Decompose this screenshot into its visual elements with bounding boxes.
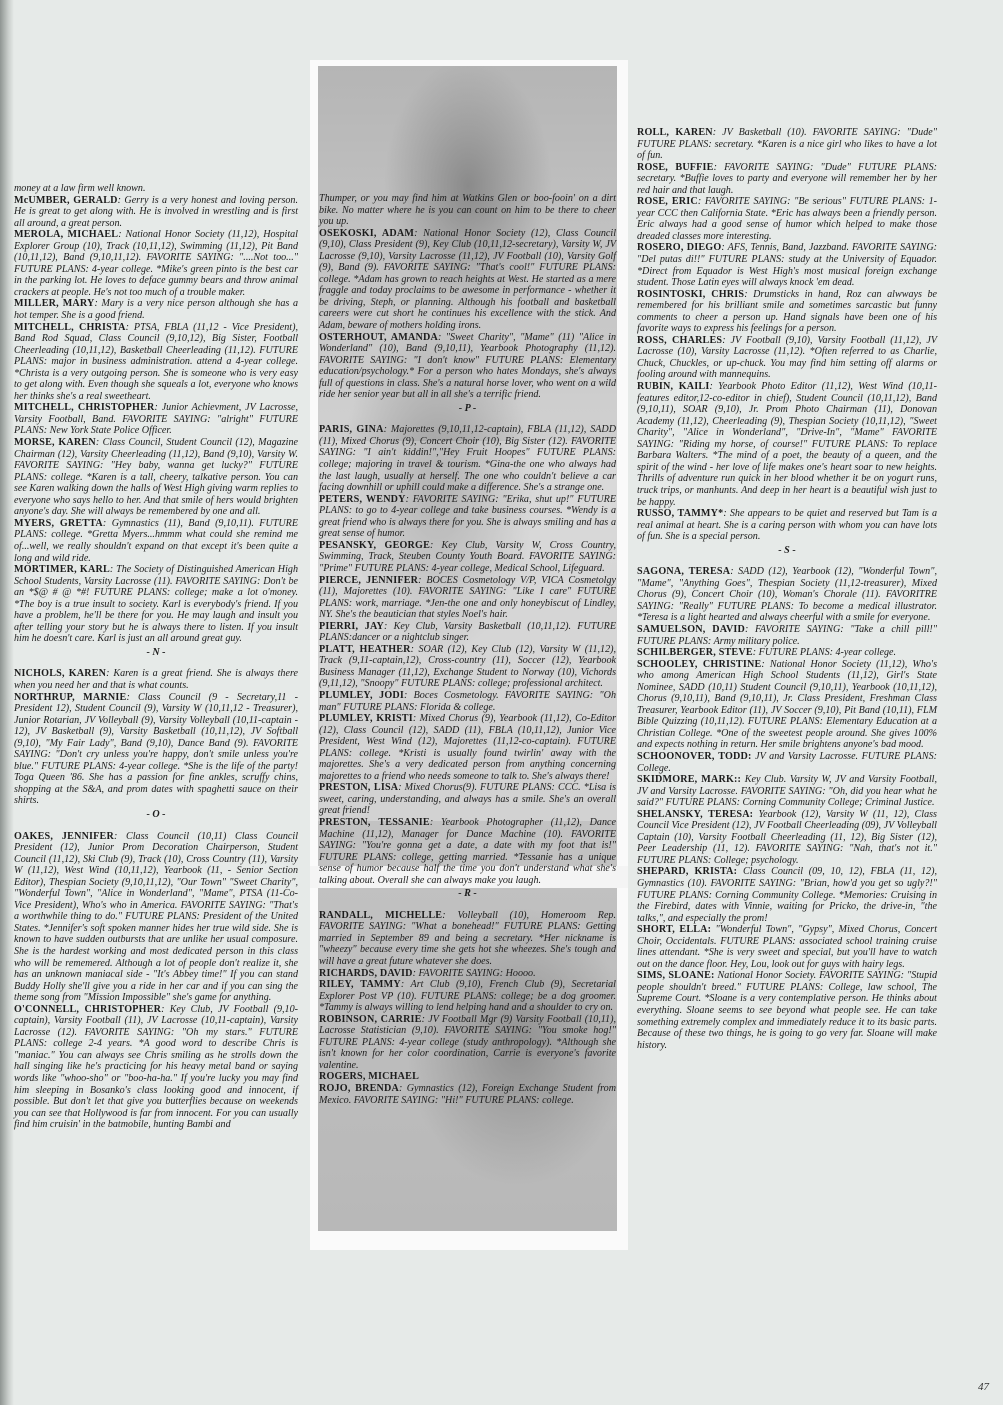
senior-entry: MILLER, MARY: Mary is a very nice person… [14,298,298,321]
senior-entry: ROSS, CHARLES: JV Football (9,10), Varsi… [637,335,937,381]
senior-bio: : Yearbook Photo Editor (11,12), West Wi… [637,381,937,507]
senior-name: NICHOLS, KAREN [14,668,106,679]
senior-name: RILEY, TAMMY [319,979,401,990]
senior-name: SKIDMORE, MARK:: [637,774,741,785]
senior-name: NORTHRUP, MARNIE [14,692,126,703]
senior-name: PIERRI, JAY [319,621,384,632]
senior-bio: : The Society of Distinguished American … [14,564,298,644]
page-number: 47 [978,1381,989,1393]
senior-bio: : Class Council (9 - Secretary,11 - Pres… [14,692,298,807]
page-gutter-shadow [0,0,14,1405]
senior-bio: : FAVORITE SAYING: Hoooo. [413,968,536,979]
entries-m: McUMBER, GERALD: Gerry is a very honest … [14,195,298,645]
senior-entry: MITCHELL, CHRISTOPHER: Junior Achievment… [14,402,298,437]
senior-entry: SCHOONOVER, TODD: JV and Varsity Lacross… [637,751,937,774]
entries-p: PARIS, GINA: Majorettes (9,10,11,12-capt… [319,424,616,886]
senior-name: MORSE, KAREN [14,437,96,448]
senior-name: ROBINSON, CARRIE [319,1014,422,1025]
senior-entry: MEROLA, MICHAEL: National Honor Society … [14,229,298,298]
senior-entry: SHEPARD, KRISTA: Class Council (09, 10, … [637,866,937,924]
senior-name: SCHOONOVER, TODD: [637,751,752,762]
senior-entry: O'CONNELL, CHRISTOPHER: Key Club, JV Foo… [14,1004,298,1131]
column-3: ROLL, KAREN: JV Basketball (10). FAVORIT… [637,127,937,1051]
senior-entry: NORTHRUP, MARNIE: Class Council (9 - Sec… [14,692,298,807]
senior-name: McUMBER, GERALD [14,195,118,206]
senior-entry: ROSINTOSKI, CHRIS: Drumsticks in hand, R… [637,289,937,335]
senior-entry: PESANSKY, GEORGE: Key Club, Varsity W, C… [319,540,616,575]
senior-name: MYERS, GRETTA [14,518,103,529]
senior-name: OSTERHOUT, AMANDA [319,332,438,343]
senior-name: PARIS, GINA [319,424,384,435]
continuation-text: Thumper, or you may find him at Watkins … [319,193,616,228]
senior-bio: : National Honor Society (11,12), Who's … [637,659,937,751]
senior-name: SIMS, SLOANE: [637,970,715,981]
senior-entry: PIERRI, JAY: Key Club, Varsity Basketbal… [319,621,616,644]
senior-name: MILLER, MARY [14,298,95,309]
senior-name: O'CONNELL, CHRISTOPHER [14,1004,161,1015]
senior-entry: SHORT, ELLA: "Wonderful Town", "Gypsy", … [637,924,937,970]
senior-entry: PLATT, HEATHER: SOAR (12), Key Club (12)… [319,644,616,690]
senior-entry: RILEY, TAMMY: Art Club (9,10), French Cl… [319,979,616,1014]
senior-name: PIERCE, JENNIFER [319,575,418,586]
senior-entry: MITCHELL, CHRISTA: PTSA, FBLA (11,12 - V… [14,322,298,403]
senior-entry: PETERS, WENDY: FAVORITE SAYING: "Erika, … [319,494,616,540]
section-heading-o: - O - [14,809,298,821]
senior-bio: : Class Council (10,11) Class Council Pr… [14,831,298,1004]
entries-o: OAKES, JENNIFER: Class Council (10,11) C… [14,831,298,1131]
senior-name: PRESTON, LISA [319,782,398,793]
senior-entry: MORTIMER, KARL: The Society of Distingui… [14,564,298,645]
senior-name: OSEKOSKI, ADAM [319,228,414,239]
senior-name: PESANSKY, GEORGE [319,540,430,551]
senior-bio: National Honor Society. FAVORITE SAYING:… [637,970,937,1050]
entries-o-continued: OSEKOSKI, ADAM: National Honor Society (… [319,228,616,401]
entries-r-continued: ROLL, KAREN: JV Basketball (10). FAVORIT… [637,127,937,543]
senior-name: PLATT, HEATHER [319,644,411,655]
senior-entry: ROSE, BUFFIE: FAVORITE SAYING: "Dude" FU… [637,162,937,197]
senior-entry: NICHOLS, KAREN: Karen is a great friend.… [14,668,298,691]
senior-name: SAMUELSON, DAVID [637,624,745,635]
senior-name: MORTIMER, KARL [14,564,110,575]
senior-bio: : PTSA, FBLA (11,12 - Vice President), B… [14,322,298,402]
senior-entry: MYERS, GRETTA: Gymnastics (11), Band (9,… [14,518,298,564]
senior-entry: OAKES, JENNIFER: Class Council (10,11) C… [14,831,298,1004]
senior-entry: McUMBER, GERALD: Gerry is a very honest … [14,195,298,230]
senior-entry: SCHILBERGER, STEVE: FUTURE PLANS: 4-year… [637,647,937,659]
senior-entry: OSTERHOUT, AMANDA: "Sweet Charity", "Mam… [319,332,616,401]
senior-name: SHEPARD, KRISTA: [637,866,737,877]
senior-name: MITCHELL, CHRISTA [14,322,126,333]
senior-name: SCHOOLEY, CHRISTINE [637,659,761,670]
senior-name: MEROLA, MICHAEL [14,229,118,240]
senior-entry: ROSE, ERIC: FAVORITE SAYING: "Be serious… [637,196,937,242]
senior-bio: : Class Council, Student Council (12), M… [14,437,298,517]
senior-entry: MORSE, KAREN: Class Council, Student Cou… [14,437,298,518]
senior-name: ROSE, BUFFIE [637,162,714,173]
senior-entry: RICHARDS, DAVID: FAVORITE SAYING: Hoooo. [319,968,616,980]
senior-entry: PARIS, GINA: Majorettes (9,10,11,12-capt… [319,424,616,493]
section-heading-n: - N - [14,647,298,659]
senior-entry: ROLL, KAREN: JV Basketball (10). FAVORIT… [637,127,937,162]
entries-s: SAGONA, TERESA: SADD (12), Yearbook (12)… [637,566,937,1051]
senior-name: SAGONA, TERESA [637,566,730,577]
senior-entry: RANDALL, MICHELLE: Volleyball (10), Home… [319,910,616,968]
senior-name: RUBIN, KAILI [637,381,710,392]
senior-name: PLUMLEY, KRISTI [319,713,413,724]
senior-entry: SCHOOLEY, CHRISTINE: National Honor Soci… [637,659,937,751]
senior-name: OAKES, JENNIFER [14,831,114,842]
senior-entry: RUBIN, KAILI: Yearbook Photo Editor (11,… [637,381,937,508]
entries-n: NICHOLS, KAREN: Karen is a great friend.… [14,668,298,807]
senior-name: RANDALL, MICHELLE [319,910,442,921]
senior-name: SHELANSKY, TERESA: [637,809,753,820]
section-heading-s: - S - [637,545,937,557]
senior-entry: SHELANSKY, TERESA: Yearbook (12), Varsit… [637,809,937,867]
senior-name: ROJO, BRENDA [319,1083,399,1094]
senior-name: PRESTON, TESSANIE [319,817,430,828]
senior-name: PLUMLEY, JODI [319,690,404,701]
column-1: money at a law firm well known. McUMBER,… [14,183,298,1131]
continuation-text: money at a law firm well known. [14,183,298,195]
senior-entry: SIMS, SLOANE: National Honor Society. FA… [637,970,937,1051]
senior-name: RUSSO, TAMMY* [637,508,723,519]
senior-entry: SKIDMORE, MARK:: Key Club. Varsity W, JV… [637,774,937,809]
section-heading-p: - P - [319,403,616,415]
senior-bio: : National Honor Society (12), Class Cou… [319,228,616,331]
senior-entry: ROJO, BRENDA: Gymnastics (12), Foreign E… [319,1083,616,1106]
senior-entry: PIERCE, JENNIFER: BOCES Cosmetology V/P,… [319,575,616,621]
senior-entry: ROBINSON, CARRIE: JV Football Mgr (9) Va… [319,1014,616,1072]
section-heading-r: - R - [319,888,616,900]
senior-entry: RUSSO, TAMMY*: She appears to be quiet a… [637,508,937,543]
senior-name: RICHARDS, DAVID [319,968,413,979]
senior-bio: : Key Club, JV Football (9,10-captain), … [14,1004,298,1130]
column-2: Thumper, or you may find him at Watkins … [319,193,616,1106]
senior-entry: SAMUELSON, DAVID: FAVORITE SAYING: "Take… [637,624,937,647]
senior-name: ROSE, ERIC [637,196,698,207]
senior-name: ROLL, KAREN [637,127,713,138]
senior-name: MITCHELL, CHRISTOPHER [14,402,155,413]
senior-entry: PRESTON, LISA: Mixed Chorus(9). FUTURE P… [319,782,616,817]
senior-entry: OSEKOSKI, ADAM: National Honor Society (… [319,228,616,332]
senior-name: PETERS, WENDY [319,494,406,505]
entries-r: RANDALL, MICHELLE: Volleyball (10), Home… [319,910,616,1106]
senior-name: ROSS, CHARLES [637,335,722,346]
senior-name: ROSERO, DIEGO [637,242,721,253]
senior-entry: ROSERO, DIEGO: AFS, Tennis, Band, Jazzba… [637,242,937,288]
senior-name: ROSINTOSKI, CHRIS [637,289,744,300]
senior-name: ROGERS, MICHAEL [319,1071,419,1082]
senior-name: SHORT, ELLA: [637,924,711,935]
senior-entry: PLUMLEY, JODI: Boces Cosmetology. FAVORI… [319,690,616,713]
senior-entry: SAGONA, TERESA: SADD (12), Yearbook (12)… [637,566,937,624]
senior-name: SCHILBERGER, STEVE [637,647,753,658]
senior-entry: PRESTON, TESSANIE: Yearbook Photographer… [319,817,616,886]
senior-entry: PLUMLEY, KRISTI: Mixed Chorus (9), Yearb… [319,713,616,782]
senior-bio: : FUTURE PLANS: 4-year college. [753,647,896,658]
senior-entry: ROGERS, MICHAEL [319,1071,616,1083]
